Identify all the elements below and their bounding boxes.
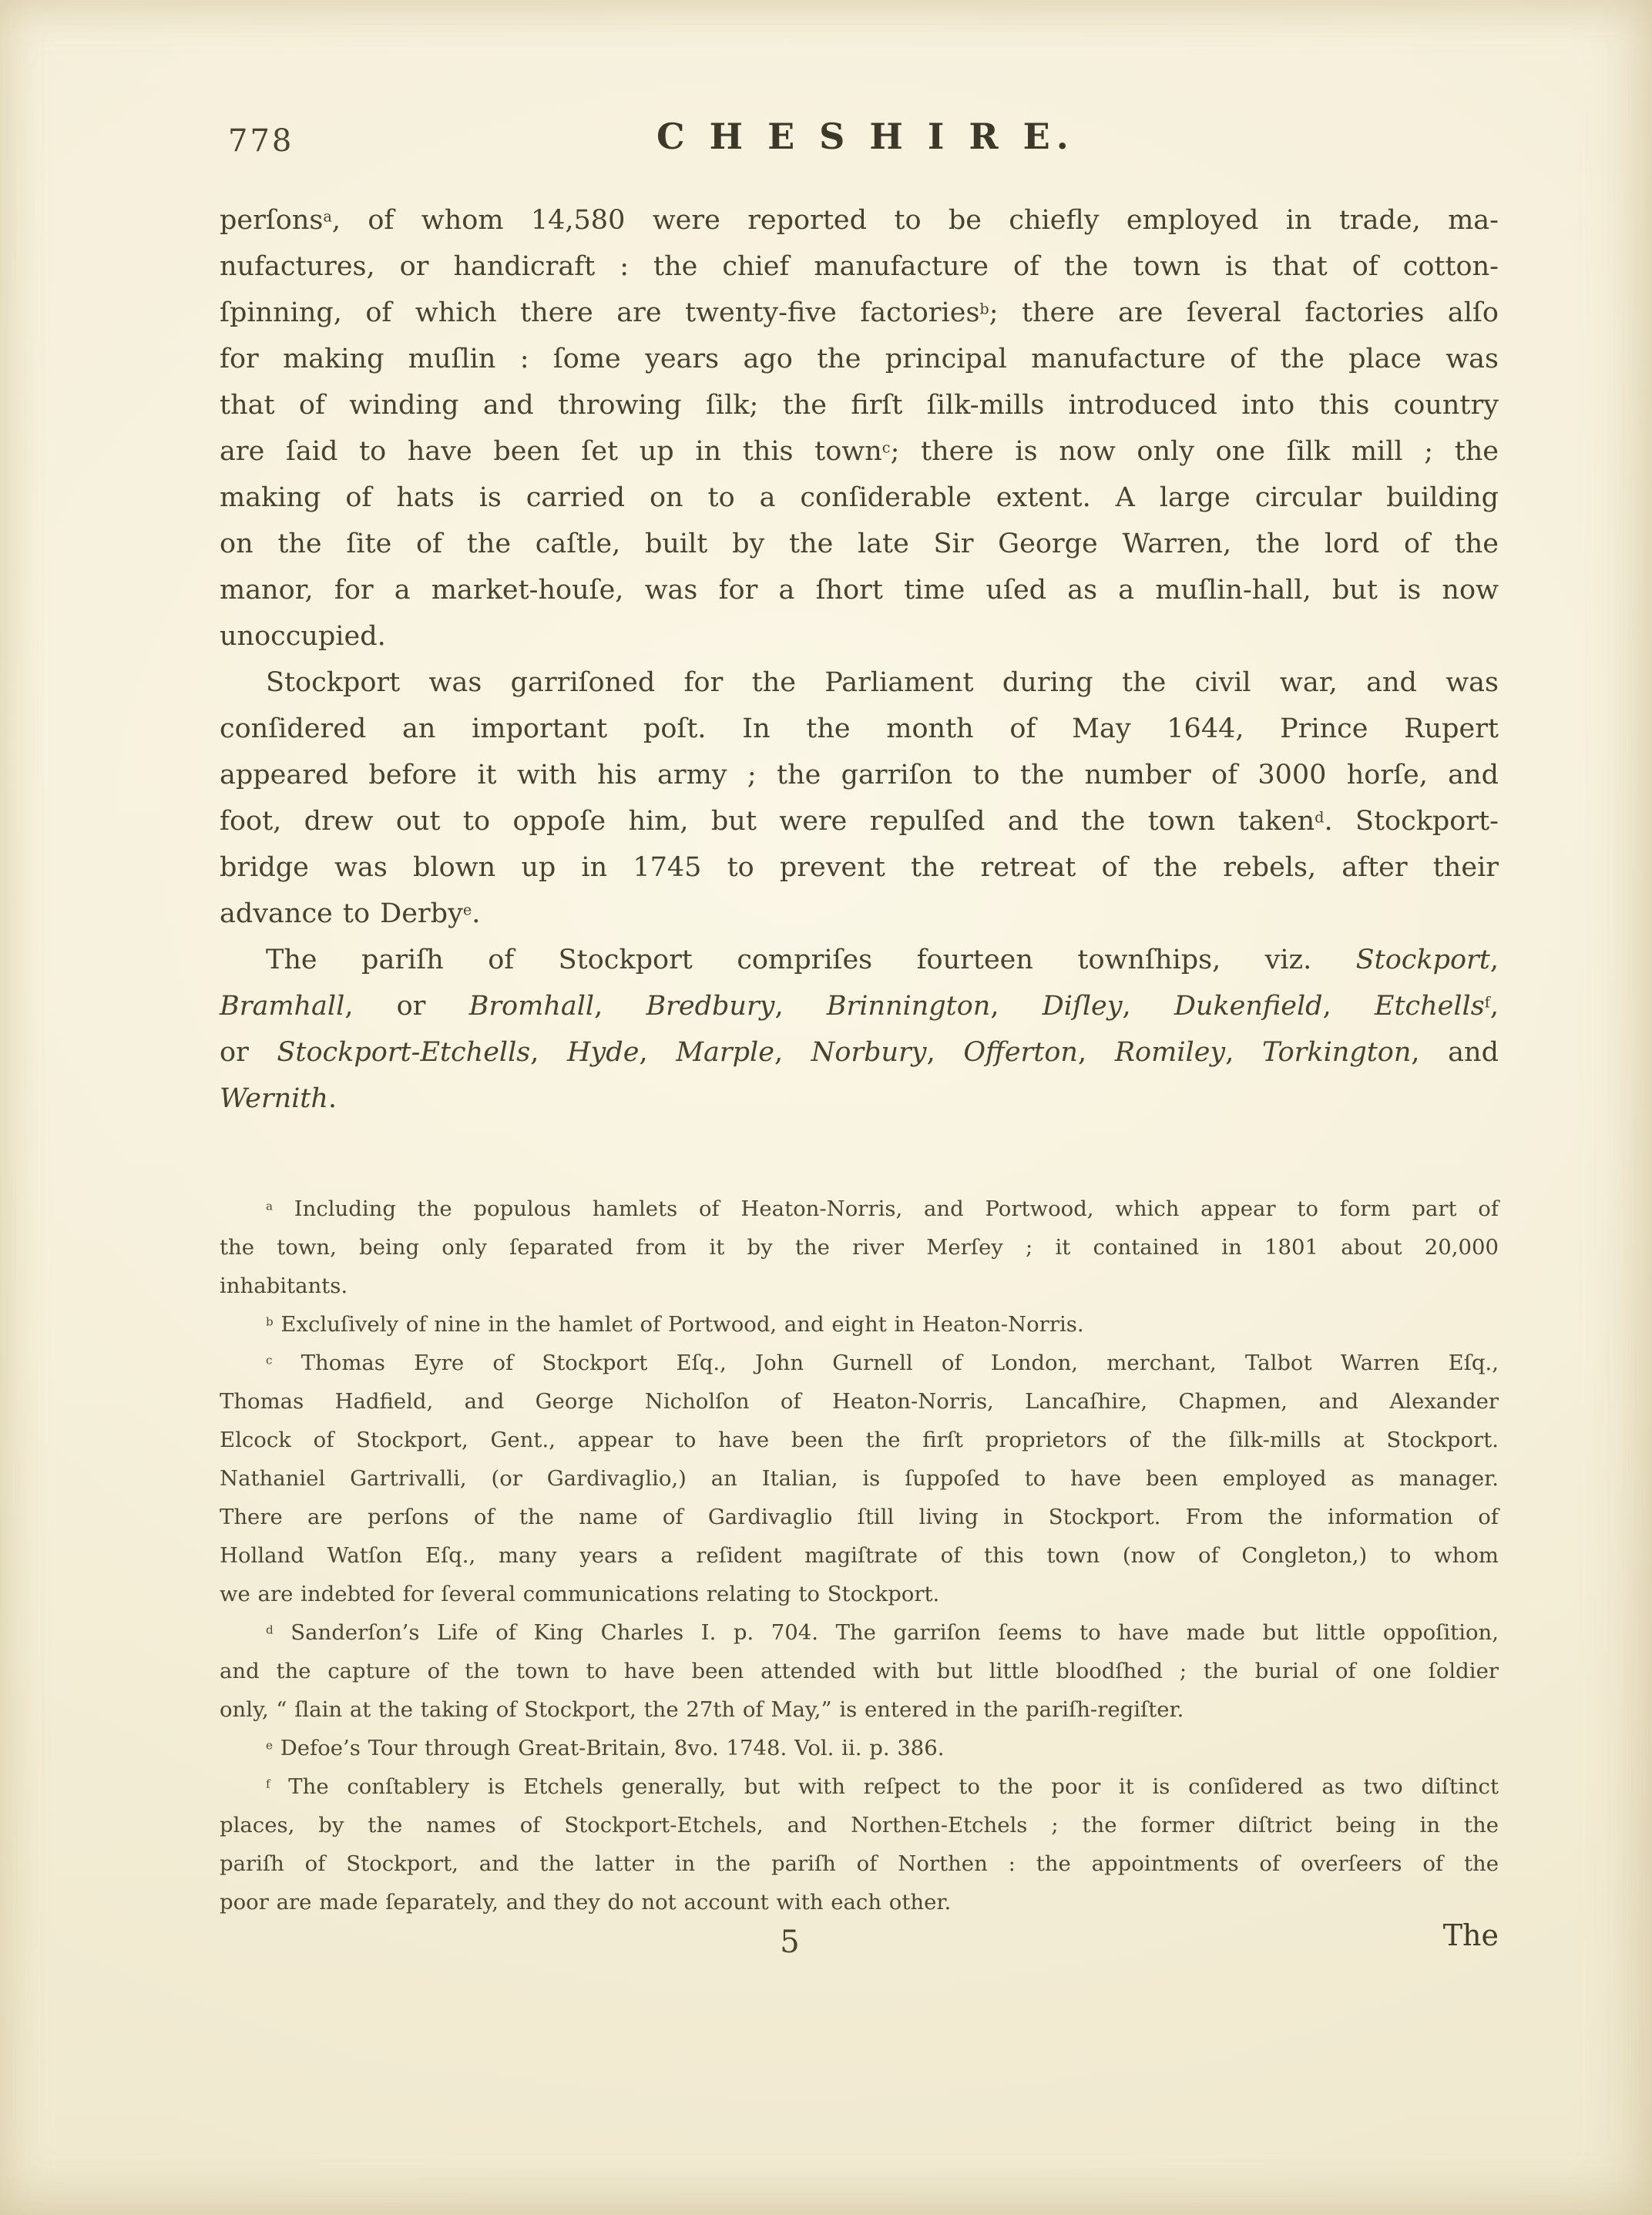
text-segment: ,	[990, 991, 1042, 1022]
text-segment: , or	[344, 991, 468, 1022]
text-segment: only, “ ſlain at the taking of Stockport…	[220, 1697, 1184, 1722]
text-line: There are perſons of the name of Gardiva…	[220, 1498, 1499, 1536]
text-segment: ,	[1123, 991, 1174, 1022]
footnote-marker: f	[1485, 993, 1490, 1011]
text-line: a Including the populous hamlets of Heat…	[220, 1190, 1499, 1228]
text-segment: Stockport-Etchells	[277, 1037, 530, 1068]
text-line: Wernith.	[220, 1076, 1499, 1122]
text-line: are ſaid to have been ſet up in this tow…	[220, 428, 1499, 475]
text-line: and the capture of the town to have been…	[220, 1652, 1499, 1690]
text-segment: appeared before it with his army ; the g…	[220, 760, 1499, 790]
text-segment: Norbury	[811, 1037, 927, 1068]
text-segment: ,	[530, 1037, 567, 1068]
text-segment: .	[472, 898, 480, 929]
text-segment: Sanderſon’s Life of King Charles I. p. 7…	[274, 1620, 1499, 1645]
text-segment: that of winding and throwing ſilk; the f…	[220, 390, 1499, 421]
footnote-section: a Including the populous hamlets of Heat…	[220, 1190, 1499, 1921]
book-page: 778 C H E S H I R E. perſonsa, of whom 1…	[0, 0, 1652, 2215]
footnote-marker: c	[882, 438, 891, 456]
text-segment: Torkington	[1262, 1037, 1411, 1068]
text-line: inhabitants.	[220, 1267, 1499, 1305]
text-segment: ,	[1323, 991, 1375, 1022]
footnote: f The conſtablery is Etchels generally, …	[220, 1767, 1499, 1921]
text-segment: ſpinning, of which there are twenty-five…	[220, 297, 979, 328]
text-line: The pariſh of Stockport compriſes fourte…	[220, 937, 1499, 983]
text-line: Nathaniel Gartrivalli, (or Gardivaglio,)…	[220, 1459, 1499, 1498]
signature-mark: 5	[744, 1925, 836, 1960]
text-segment: Bredbury	[646, 991, 774, 1022]
text-segment: for making muſlin : ſome years ago the p…	[220, 344, 1499, 374]
text-line: f The conſtablery is Etchels generally, …	[220, 1767, 1499, 1806]
text-segment: The conſtablery is Etchels generally, bu…	[270, 1774, 1499, 1799]
footnote-marker: d	[1315, 808, 1324, 826]
text-line: c Thomas Eyre of Stockport Eſq., John Gu…	[220, 1344, 1499, 1382]
text-segment: the town, being only ſeparated from it b…	[220, 1235, 1499, 1260]
text-segment: and the capture of the town to have been…	[220, 1659, 1499, 1683]
text-segment: Elcock of Stockport, Gent., appear to ha…	[220, 1428, 1499, 1452]
text-segment: ,	[1490, 991, 1499, 1022]
text-line: only, “ ſlain at the taking of Stockport…	[220, 1690, 1499, 1729]
text-line: places, by the names of Stockport-Etchel…	[220, 1806, 1499, 1844]
text-segment: pariſh of Stockport, and the latter in t…	[220, 1851, 1499, 1876]
text-segment: ,	[927, 1037, 964, 1068]
footnote-marker: e	[266, 1738, 273, 1752]
catchword: The	[1391, 1918, 1499, 1952]
text-line: Elcock of Stockport, Gent., appear to ha…	[220, 1421, 1499, 1459]
footnote-marker: b	[266, 1314, 274, 1328]
text-segment: perſons	[220, 205, 323, 236]
text-line: that of winding and throwing ſilk; the f…	[220, 382, 1499, 428]
text-line: advance to Derbye.	[220, 891, 1499, 937]
text-segment: , of whom 14,580 were reported to be chi…	[332, 205, 1499, 236]
text-segment: Diſley	[1043, 991, 1123, 1022]
text-line: Bramhall, or Bromhall, Bredbury, Brinnin…	[220, 983, 1499, 1029]
text-segment: Etchells	[1375, 991, 1485, 1022]
text-segment: , and	[1411, 1037, 1499, 1068]
text-line: pariſh of Stockport, and the latter in t…	[220, 1844, 1499, 1883]
text-segment: ,	[1225, 1037, 1262, 1068]
text-segment: Marple	[676, 1037, 774, 1068]
text-segment: places, by the names of Stockport-Etchel…	[220, 1813, 1499, 1837]
text-segment: bridge was blown up in 1745 to prevent t…	[220, 852, 1499, 883]
text-segment: ,	[774, 991, 826, 1022]
text-line: e Defoe’s Tour through Great-Britain, 8v…	[220, 1729, 1499, 1767]
text-line: nufactures, or handicraft : the chief ma…	[220, 243, 1499, 290]
text-segment: foot, drew out to oppoſe him, but were r…	[220, 806, 1315, 837]
text-line: appeared before it with his army ; the g…	[220, 752, 1499, 798]
text-segment: There are perſons of the name of Gardiva…	[220, 1505, 1499, 1529]
text-line: making of hats is carried on to a conſid…	[220, 475, 1499, 521]
paragraph: The pariſh of Stockport compriſes fourte…	[220, 937, 1499, 1122]
text-line: b Excluſively of nine in the hamlet of P…	[220, 1305, 1499, 1344]
text-segment: Dukenfield	[1174, 991, 1323, 1022]
text-segment: inhabitants.	[220, 1274, 348, 1298]
page-number: 778	[228, 123, 294, 159]
text-segment: on the ſite of the caſtle, built by the …	[220, 529, 1499, 559]
footnote: c Thomas Eyre of Stockport Eſq., John Gu…	[220, 1344, 1499, 1613]
footnote-marker: a	[266, 1199, 273, 1213]
text-segment: Thomas Eyre of Stockport Eſq., John Gurn…	[272, 1351, 1499, 1375]
text-segment: Bromhall	[469, 991, 595, 1022]
text-line: unoccupied.	[220, 613, 1499, 659]
footnote: b Excluſively of nine in the hamlet of P…	[220, 1305, 1499, 1344]
text-line: poor are made ſeparately, and they do no…	[220, 1883, 1499, 1921]
text-line: or Stockport-Etchells, Hyde, Marple, Nor…	[220, 1029, 1499, 1076]
text-segment: ,	[594, 991, 646, 1022]
text-segment: we are indebted for ſeveral communicatio…	[220, 1582, 939, 1606]
text-line: bridge was blown up in 1745 to prevent t…	[220, 844, 1499, 891]
text-segment: poor are made ſeparately, and they do no…	[220, 1890, 951, 1915]
text-segment: ; there are ſeveral factories alſo	[989, 297, 1499, 328]
text-segment: Stockport was garriſoned for the Parliam…	[266, 667, 1499, 698]
text-line: on the ſite of the caſtle, built by the …	[220, 521, 1499, 567]
text-segment: making of hats is carried on to a conſid…	[220, 482, 1499, 513]
text-line: Stockport was garriſoned for the Parliam…	[220, 659, 1499, 706]
running-title: C H E S H I R E.	[656, 116, 1075, 157]
body-text: perſonsa, of whom 14,580 were reported t…	[220, 197, 1499, 1122]
text-segment: Thomas Hadfield, and George Nicholſon of…	[220, 1389, 1499, 1414]
text-segment: are ſaid to have been ſet up in this tow…	[220, 436, 882, 467]
text-segment: Romiley	[1115, 1037, 1226, 1068]
text-segment: Including the populous hamlets of Heaton…	[273, 1196, 1499, 1221]
footnote-marker: b	[979, 300, 989, 317]
text-segment: Brinnington	[827, 991, 991, 1022]
text-line: d Sanderſon’s Life of King Charles I. p.…	[220, 1613, 1499, 1652]
text-segment: Stockport	[1356, 945, 1490, 975]
footnote-marker: a	[323, 207, 331, 225]
text-line: Holland Watſon Eſq., many years a reſide…	[220, 1536, 1499, 1575]
footnote-marker: d	[266, 1623, 274, 1636]
text-segment: ,	[639, 1037, 676, 1068]
text-segment: manor, for a market-houſe, was for a ſho…	[220, 575, 1499, 606]
text-segment: or	[220, 1037, 277, 1068]
text-segment: Nathaniel Gartrivalli, (or Gardivaglio,)…	[220, 1466, 1499, 1491]
text-segment: Offerton	[963, 1037, 1078, 1068]
text-line: ſpinning, of which there are twenty-five…	[220, 290, 1499, 336]
paragraph: perſonsa, of whom 14,580 were reported t…	[220, 197, 1499, 659]
text-segment: Wernith	[220, 1083, 328, 1114]
text-line: the town, being only ſeparated from it b…	[220, 1228, 1499, 1267]
text-segment: Excluſively of nine in the hamlet of Por…	[274, 1312, 1084, 1337]
text-line: foot, drew out to oppoſe him, but were r…	[220, 798, 1499, 844]
text-line: manor, for a market-houſe, was for a ſho…	[220, 567, 1499, 613]
text-segment: ; there is now only one ſilk mill ; the	[891, 436, 1499, 467]
text-segment: Bramhall	[220, 991, 344, 1022]
text-segment: nufactures, or handicraft : the chief ma…	[220, 251, 1499, 282]
footnote: a Including the populous hamlets of Heat…	[220, 1190, 1499, 1305]
footnote-marker: e	[463, 901, 472, 918]
text-line: Thomas Hadfield, and George Nicholſon of…	[220, 1382, 1499, 1421]
text-segment: ,	[1078, 1037, 1115, 1068]
text-segment: Holland Watſon Eſq., many years a reſide…	[220, 1543, 1499, 1568]
paragraph: Stockport was garriſoned for the Parliam…	[220, 659, 1499, 937]
text-segment: advance to Derby	[220, 898, 463, 929]
text-segment: conſidered an important poſt. In the mon…	[220, 713, 1499, 744]
text-line: we are indebted for ſeveral communicatio…	[220, 1575, 1499, 1613]
text-segment: Hyde	[567, 1037, 639, 1068]
text-segment: Defoe’s Tour through Great-Britain, 8vo.…	[273, 1736, 945, 1760]
text-segment: unoccupied.	[220, 621, 386, 652]
text-segment: . Stockport-	[1324, 806, 1499, 837]
text-segment: The pariſh of Stockport compriſes fourte…	[266, 945, 1356, 975]
text-segment: .	[328, 1083, 337, 1114]
text-segment: ,	[1490, 945, 1499, 975]
text-line: for making muſlin : ſome years ago the p…	[220, 336, 1499, 382]
footnote: e Defoe’s Tour through Great-Britain, 8v…	[220, 1729, 1499, 1767]
footnote: d Sanderſon’s Life of King Charles I. p.…	[220, 1613, 1499, 1729]
text-segment: ,	[774, 1037, 811, 1068]
text-line: conſidered an important poſt. In the mon…	[220, 706, 1499, 752]
text-line: perſonsa, of whom 14,580 were reported t…	[220, 197, 1499, 243]
